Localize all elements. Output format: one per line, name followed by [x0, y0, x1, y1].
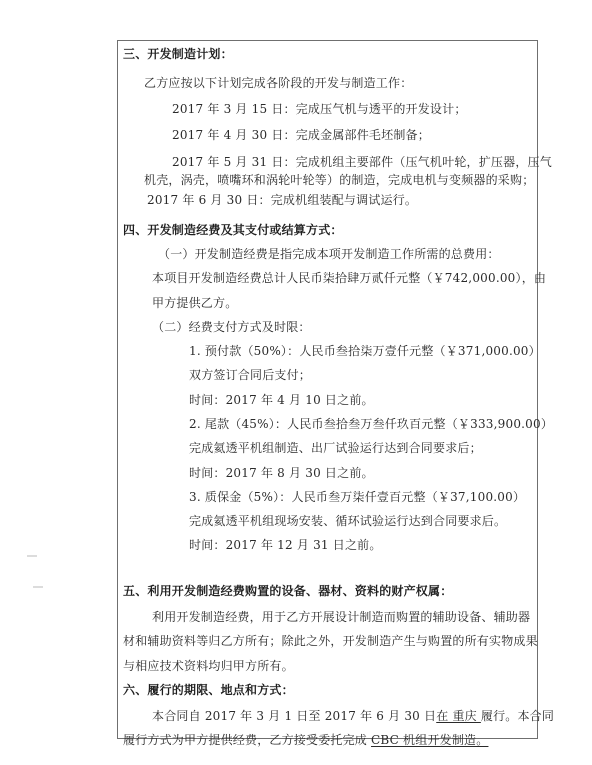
milestone-1: 2017 年 3 月 15 日：完成压气机与透平的开发设计；: [172, 102, 467, 116]
payment-3-title: 3. 质保金（5%）：人民币叁万柒仟壹百元整（￥37,100.00）: [189, 490, 525, 504]
performance-method-prefix: 履行方式为甲方提供经费，乙方接受委托完成: [123, 733, 371, 747]
section-6-heading: 六、履行的期限、地点和方式：: [123, 683, 294, 697]
milestone-3: 2017 年 5 月 31 日：完成机组主要部件（压气机叶轮，扩压器，压气: [172, 155, 552, 169]
payment-1-condition: 双方签订合同后支付；: [189, 368, 311, 382]
payment-1-title: 1. 预付款（50%）：人民币叁拾柒万壹仟元整（￥371,000.00）: [189, 344, 541, 358]
performance-place: 在 重庆: [436, 709, 481, 723]
term-dates: 本合同自 2017 年 3 月 1 日至 2017 年 6 月 30 日: [152, 709, 436, 723]
payment-3-deadline: 时间：2017 年 12 月 31 日之前。: [189, 538, 382, 552]
fee-definition-title: （一）开发制造经费是指完成本项开发制造工作所需的总费用：: [158, 247, 500, 261]
payment-2-title: 2. 尾款（45%）：人民币叁拾叁万叁仟玖百元整（￥333,900.00）: [189, 417, 553, 431]
section-5-line-1: 利用开发制造经费，用于乙方开展设计制造而购置的辅助设备、辅助器: [152, 610, 530, 624]
payment-method-title: （二）经费支付方式及时限：: [152, 320, 311, 334]
section-5-heading: 五、利用开发制造经费购置的设备、器材、资料的财产权属：: [123, 584, 452, 598]
section-4-heading: 四、开发制造经费及其支付或结算方式：: [123, 223, 343, 237]
term-suffix: 履行。本合同: [481, 709, 554, 723]
section-6-line-2: 履行方式为甲方提供经费，乙方接受委托完成 CBC 机组开发制造。: [123, 733, 488, 747]
milestone-4: 2017 年 6 月 30 日：完成机组装配与调试运行。: [147, 193, 417, 207]
scan-speck: [27, 555, 37, 557]
payment-3-condition: 完成氦透平机组现场安装、循环试验运行达到合同要求后。: [189, 514, 506, 528]
payment-1-deadline: 时间：2017 年 4 月 10 日之前。: [189, 393, 374, 407]
section-3-heading: 三、开发制造计划：: [123, 47, 233, 61]
section-6-line-1: 本合同自 2017 年 3 月 1 日至 2017 年 6 月 30 日在 重庆…: [152, 709, 554, 723]
fee-total-line-2: 甲方提供乙方。: [152, 296, 237, 310]
milestone-2: 2017 年 4 月 30 日：完成金属部件毛坯制备；: [172, 128, 430, 142]
payment-2-condition: 完成氦透平机组制造、出厂试验运行达到合同要求后；: [189, 441, 482, 455]
milestone-3-cont: 机壳，涡壳，喷嘴环和涡轮叶轮等）的制造，完成电机与变频器的采购；: [144, 173, 534, 187]
section-5-line-2: 材和辅助资料等归乙方所有；除此之外，开发制造产生与购置的所有实物成果: [123, 634, 538, 648]
performance-method: CBC 机组开发制造。: [371, 733, 488, 747]
fee-total-line-1: 本项目开发制造经费总计人民币柒拾肆万贰仟元整（￥742,000.00），由: [152, 271, 546, 285]
section-5-line-3: 与相应技术资料均归甲方所有。: [123, 659, 294, 673]
section-3-intro: 乙方应按以下计划完成各阶段的开发与制造工作：: [144, 76, 412, 90]
scan-speck: [33, 586, 43, 588]
payment-2-deadline: 时间：2017 年 8 月 30 日之前。: [189, 466, 374, 480]
